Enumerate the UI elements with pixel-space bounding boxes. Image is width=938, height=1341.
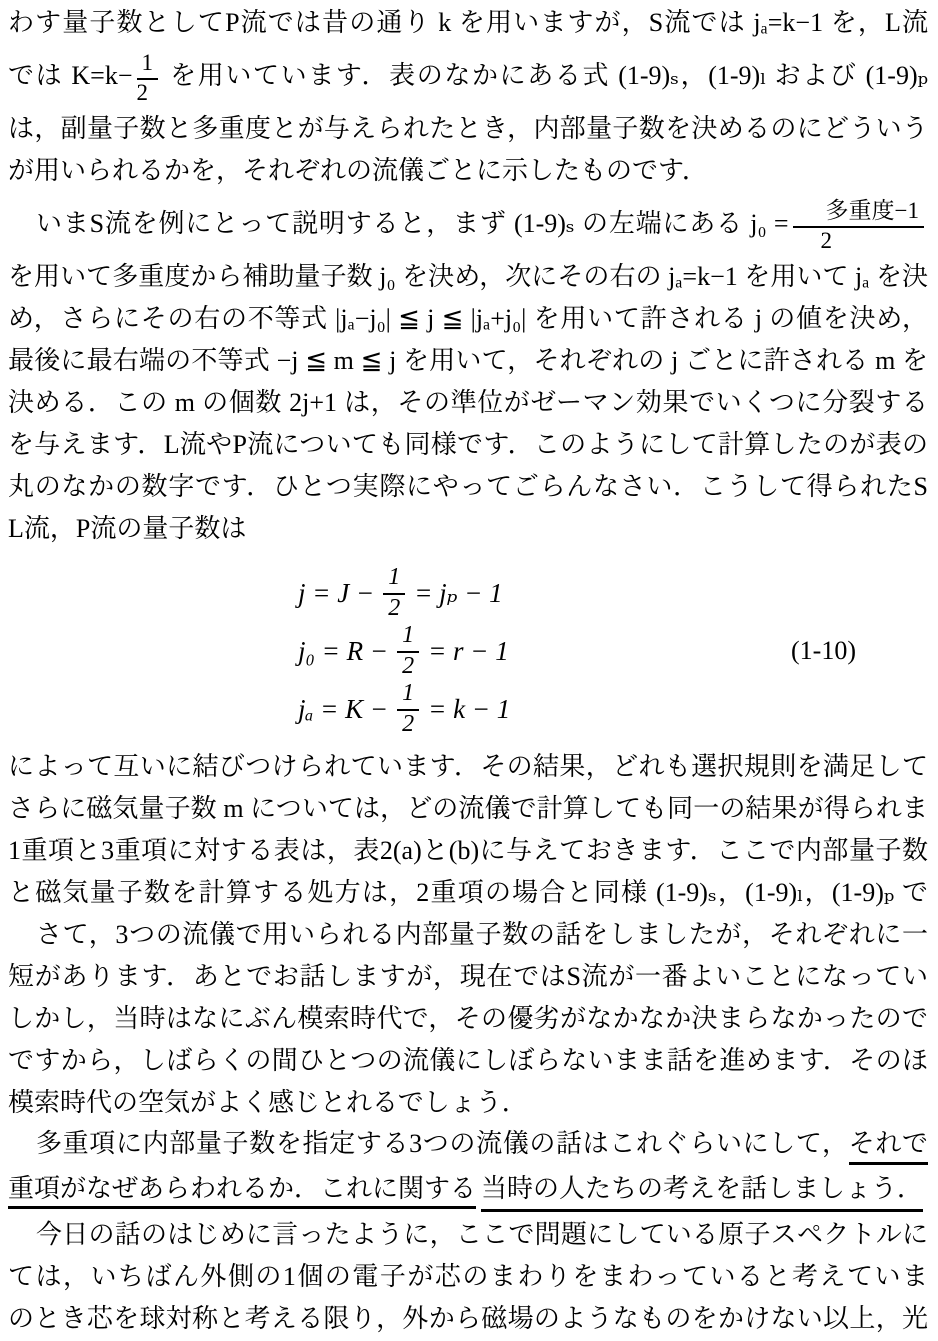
underlined-text: 当時の人たちの考えを話しましょう． xyxy=(481,1174,923,1212)
p5-line-1: 多重項に内部量子数を指定する3つの流儀の話はこれぐらいにして，それでは多 xyxy=(8,1124,928,1169)
underlined-text: 重項がなぜあらわれるか．これに関する xyxy=(8,1174,476,1209)
p1-line-3: は，副量子数と多重度とが与えられたとき，内部量子数を決めるのにどういう処方 xyxy=(8,108,928,150)
p4-line-3: しかし，当時はなにぶん模索時代で，その優劣がなかなか決まらなかったのです． xyxy=(8,998,928,1040)
p2-line-1-text-pre: いまS流を例にとって説明すると，まず (1-9)ₛ の左端にある j₀ = xyxy=(36,209,789,238)
p1-line-4: が用いられるかを，それぞれの流儀ごとに示したものです． xyxy=(8,150,928,192)
fraction-one-half: 12 xyxy=(383,564,405,622)
fraction-one-half: 12 xyxy=(137,50,159,106)
p2-line-2: を用いて多重度から補助量子数 j₀ を決め，次にその右の jₐ=k−1 を用いて… xyxy=(8,256,928,298)
fraction-denominator: 2 xyxy=(793,228,924,254)
p4-line-2: 短があります．あとでお話しますが，現在ではS流が一番よいことになっている． xyxy=(8,956,928,998)
book-page: わす量子数としてP流では昔の通り k を用いますが，S流では jₐ=k−1 を，… xyxy=(0,0,938,1341)
equation-lhs: j = J − xyxy=(298,578,374,609)
p5-line-1-text: 多重項に内部量子数を指定する3つの流儀の話はこれぐらいにして， xyxy=(36,1129,849,1158)
p4-line-1: さて，3つの流儀で用いられる内部量子数の話をしましたが，それぞれに一長一 xyxy=(8,914,928,956)
p2-line-5: 決める．この m の個数 2j+1 は，その準位がゼーマン効果でいくつに分裂する… xyxy=(8,382,928,424)
equation-lhs: j₀ = R − xyxy=(298,636,388,667)
p3-line-4: と磁気量子数を計算する処方は，2重項の場合と同様 (1-9)ₛ，(1-9)ₗ，(… xyxy=(8,872,928,914)
equation-number-label: (1-10) xyxy=(791,636,856,666)
p6-line-1: 今日の話のはじめに言ったように，ここで問題にしている原子スペクトルにおい xyxy=(8,1214,928,1256)
equation-lhs: jₐ = K − xyxy=(298,694,388,725)
fraction-one-half: 12 xyxy=(397,622,419,680)
fraction-numerator: 1 xyxy=(397,680,419,711)
p5-line-2: 重項がなぜあらわれるか．これに関する当時の人たちの考えを話しましょう． xyxy=(8,1169,928,1214)
p4-line-4: ですから，しばらくの間ひとつの流儀にしぼらないまま話を進めます．そのほうが xyxy=(8,1040,928,1082)
p3-line-3: 1重項と3重項に対する表は，表2(a)と(b)に与えておきます．ここで内部量子数 xyxy=(8,830,928,872)
fraction-denominator: 2 xyxy=(397,653,419,681)
paragraph-6: 今日の話のはじめに言ったように，ここで問題にしている原子スペクトルにおい ては，… xyxy=(8,1214,928,1340)
fraction-numerator: 1 xyxy=(383,564,405,595)
fraction-numerator: 多重度−1 xyxy=(793,198,924,227)
p6-line-3: のとき芯を球対称と考える限り，外から磁場のようなものをかけない以上，光る電 xyxy=(8,1298,928,1340)
fraction-denominator: 2 xyxy=(397,711,419,739)
p2-line-3: め，さらにその右の不等式 |jₐ−j₀| ≦ j ≦ |jₐ+j₀| を用いて許… xyxy=(8,298,928,340)
p1-line-2: では K=k−12 を用いています．表のなかにある式 (1-9)ₛ，(1-9)ₗ… xyxy=(8,44,928,108)
equation-row-j: j = J −12= jₚ − 1 xyxy=(298,564,928,622)
paragraph-3: によって互いに結びつけられています．その結果，どれも選択規則を満足している． さ… xyxy=(8,746,928,914)
fraction-denominator: 2 xyxy=(383,595,405,623)
p3-line-2: さらに磁気量子数 m については，どの流儀で計算しても同一の結果が得られます． xyxy=(8,788,928,830)
p1-line-2-text-post: を用いています．表のなかにある式 (1-9)ₛ，(1-9)ₗ および (1-9)… xyxy=(162,61,928,90)
fraction-denominator: 2 xyxy=(137,80,159,106)
fraction-numerator: 1 xyxy=(137,50,159,79)
fraction-one-half: 12 xyxy=(397,680,419,738)
equation-block-1-10: j = J −12= jₚ − 1 j₀ = R −12= r − 1 jₐ =… xyxy=(8,564,928,738)
p2-line-8: L流，P流の量子数は xyxy=(8,508,928,550)
fraction-multiplicity: 多重度−12 xyxy=(793,198,924,254)
p2-line-1: いまS流を例にとって説明すると，まず (1-9)ₛ の左端にある j₀ =多重度… xyxy=(8,192,928,256)
paragraph-1: わす量子数としてP流では昔の通り k を用いますが，S流では jₐ=k−1 を，… xyxy=(8,2,928,192)
paragraph-2: いまS流を例にとって説明すると，まず (1-9)ₛ の左端にある j₀ =多重度… xyxy=(8,192,928,550)
equation-rhs: = r − 1 xyxy=(428,636,509,667)
paragraph-5: 多重項に内部量子数を指定する3つの流儀の話はこれぐらいにして，それでは多 重項が… xyxy=(8,1124,928,1214)
p2-line-4: 最後に最右端の不等式 −j ≦ m ≦ j を用いて，それぞれの j ごとに許さ… xyxy=(8,340,928,382)
equation-rhs: = k − 1 xyxy=(428,694,510,725)
p1-line-2-text-pre: では K=k− xyxy=(8,61,133,90)
equation-row-ja: jₐ = K −12= k − 1 xyxy=(298,680,928,738)
p1-line-1: わす量子数としてP流では昔の通り k を用いますが，S流では jₐ=k−1 を，… xyxy=(8,2,928,44)
p6-line-2: ては，いちばん外側の1個の電子が芯のまわりをまわっていると考えています．こ xyxy=(8,1256,928,1298)
p2-line-7: 丸のなかの数字です．ひとつ実際にやってごらんなさい．こうして得られたS流， xyxy=(8,466,928,508)
p2-line-6: を与えます．L流やP流についても同様です．このようにして計算したのが表の xyxy=(8,424,928,466)
equation-rhs: = jₚ − 1 xyxy=(414,578,503,609)
p3-line-1: によって互いに結びつけられています．その結果，どれも選択規則を満足している． xyxy=(8,746,928,788)
fraction-numerator: 1 xyxy=(397,622,419,653)
p4-line-5: 模索時代の空気がよく感じとれるでしょう． xyxy=(8,1082,928,1124)
paragraph-4: さて，3つの流儀で用いられる内部量子数の話をしましたが，それぞれに一長一 短があ… xyxy=(8,914,928,1124)
